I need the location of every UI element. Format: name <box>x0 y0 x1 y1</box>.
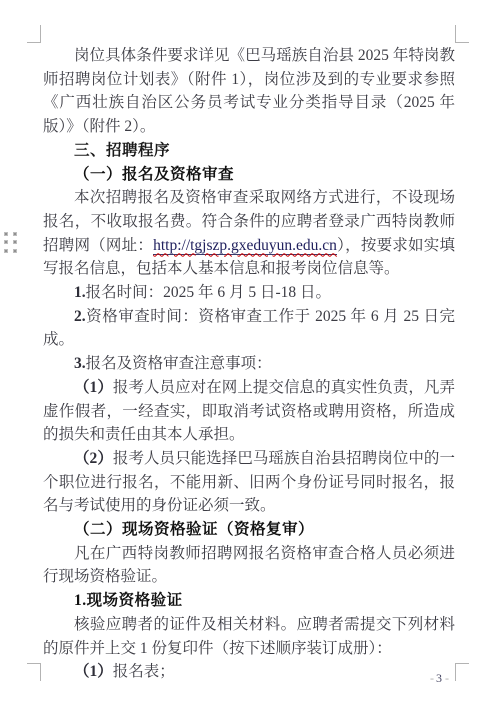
margin-mark-bottom-left-icon <box>27 663 41 681</box>
grip-dot <box>13 249 17 253</box>
document-page: 岗位具体条件要求详见《巴马瑶族自治县 2025 年特岗教师招聘岗位计划表》（附件… <box>0 0 486 720</box>
text-run: 报名表； <box>113 663 175 680</box>
text-run: 3. <box>74 355 86 372</box>
text-run: 2. <box>74 308 86 325</box>
heading-onsite-check: 1.现场资格验证 <box>43 589 455 613</box>
note-2-single-position: （2）报考人员只能选择巴马瑶族自治县招聘岗位中的一个职位进行报名，不能用新、旧两… <box>43 447 455 518</box>
heading-registration-and-review: （一）报名及资格审查 <box>43 163 455 187</box>
item-registration-time: 1.报名时间：2025 年 6 月 5 日-18 日。 <box>43 281 455 305</box>
paragraph-online-registration: 本次招聘报名及资格审查采取网络方式进行，不设现场报名，不收取报名费。符合条件的应… <box>43 186 455 281</box>
text-run: 核验应聘者的证件及相关材料。应聘者需提交下列材料的原件并上交 1 份复印件（按下… <box>43 616 455 657</box>
paragraph-onsite-required: 凡在广西特岗教师招聘网报名资格审查合格人员必须进行现场资格验证。 <box>43 542 455 589</box>
item-review-notes: 3.报名及资格审查注意事项： <box>43 352 455 376</box>
page-number-dash-right: - <box>445 671 448 685</box>
heading-recruitment-procedure: 三、招聘程序 <box>43 139 455 163</box>
item-review-time: 2.资格审查时间：资格审查工作于 2025 年 6 月 25 日完成。 <box>43 305 455 352</box>
text-run: 凡在广西特岗教师招聘网报名资格审查合格人员必须进行现场资格验证。 <box>43 545 455 586</box>
paragraph-position-requirements: 岗位具体条件要求详见《巴马瑶族自治县 2025 年特岗教师招聘岗位计划表》（附件… <box>43 44 455 139</box>
text-run: （1） <box>74 379 113 396</box>
note-1-truthful-information: （1）报考人员应对在网上提交信息的真实性负责，凡弄虚作假者，一经查实，即取消考试… <box>43 376 455 447</box>
drag-handle-icon[interactable] <box>4 232 19 254</box>
paragraph-materials-required: 核验应聘者的证件及相关材料。应聘者需提交下列材料的原件并上交 1 份复印件（按下… <box>43 613 455 660</box>
grip-dot <box>4 240 8 244</box>
page-number-footer: -3- <box>418 671 460 685</box>
margin-mark-top-left-icon <box>27 25 41 43</box>
grip-dot <box>13 232 17 236</box>
page-number: 3 <box>433 671 445 685</box>
grip-dot <box>4 249 8 253</box>
text-run: 1.现场资格验证 <box>74 592 183 609</box>
text-run: 岗位具体条件要求详见《巴马瑶族自治县 2025 年特岗教师招聘岗位计划表》（附件… <box>43 47 455 135</box>
grip-dot <box>13 240 17 244</box>
margin-mark-top-right-icon <box>455 25 469 43</box>
text-run: 1. <box>74 284 86 301</box>
text-run: （1） <box>74 663 113 680</box>
text-run: 资格审查时间：资格审查工作于 2025 年 6 月 25 日完成。 <box>43 308 455 349</box>
text-run: （二）现场资格验证（资格复审） <box>74 521 314 538</box>
registration-url-link[interactable]: http://tgjszp.gxeduyun.edu.cn <box>153 237 337 255</box>
text-run: （2） <box>74 450 113 467</box>
heading-onsite-verification: （二）现场资格验证（资格复审） <box>43 518 455 542</box>
grip-dot <box>4 232 8 236</box>
text-run: 报名时间：2025 年 6 月 5 日-18 日。 <box>86 284 331 301</box>
document-body: 岗位具体条件要求详见《巴马瑶族自治县 2025 年特岗教师招聘岗位计划表》（附件… <box>43 44 455 684</box>
text-run: 报名及资格审查注意事项： <box>86 355 272 372</box>
text-run: 三、招聘程序 <box>74 141 170 159</box>
text-run: （一）报名及资格审查 <box>74 166 234 183</box>
material-1-registration-form: （1）报名表； <box>43 660 455 684</box>
